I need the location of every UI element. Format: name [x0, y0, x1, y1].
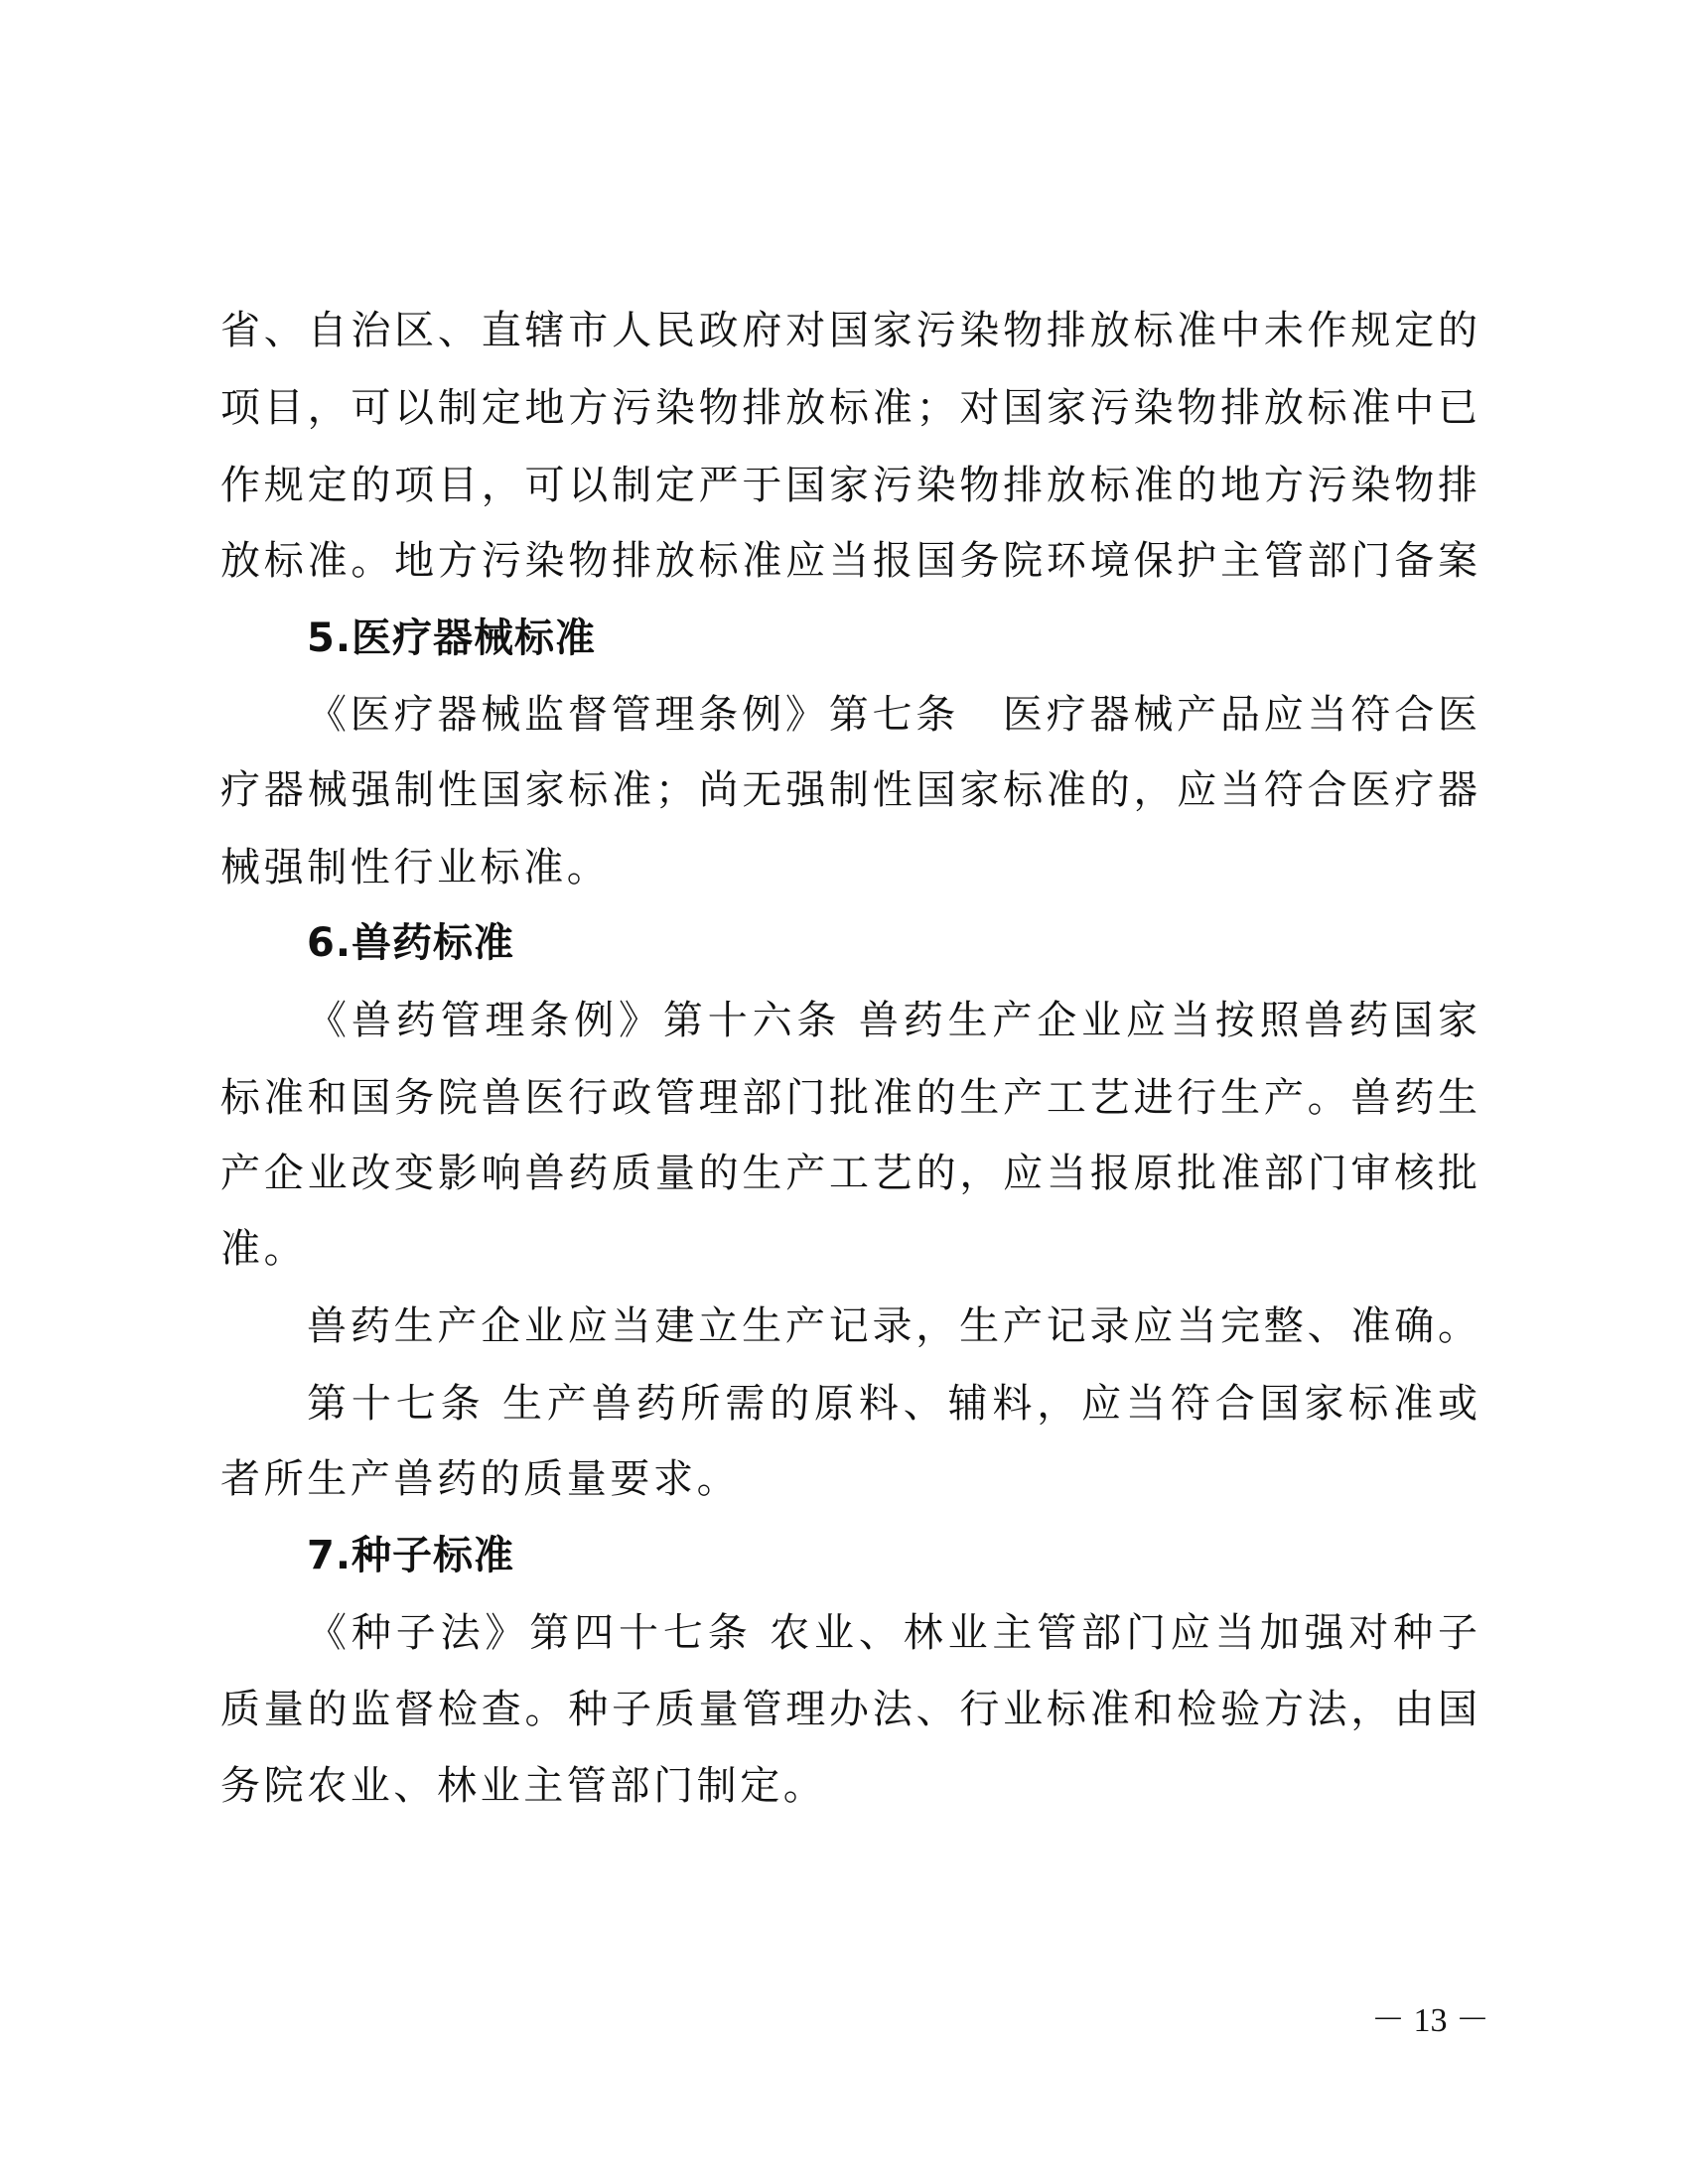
paragraph-line: 械强制性行业标准。 [220, 838, 1477, 897]
paragraph-line: 放标准。地方污染物排放标准应当报国务院环境保护主管部门备案 [220, 531, 1477, 591]
paragraph-line: 《兽药管理条例》第十六条 兽药生产企业应当按照兽药国家 [307, 991, 1477, 1050]
document-page: 省、自治区、直辖市人民政府对国家污染物排放标准中未作规定的 项目，可以制定地方污… [0, 0, 1688, 2184]
paragraph-line: 质量的监督检查。种子质量管理办法、行业标准和检验方法，由国 [220, 1680, 1477, 1739]
paragraph-line: 项目，可以制定地方污染物排放标准；对国家污染物排放标准中已 [220, 378, 1477, 438]
paragraph-line: 作规定的项目，可以制定严于国家污染物排放标准的地方污染物排 [220, 456, 1477, 515]
paragraph-line: 《种子法》第四十七条 农业、林业主管部门应当加强对种子 [307, 1603, 1477, 1663]
section-heading-veterinary-drugs: 6.兽药标准 [307, 913, 1564, 973]
page-number: － 13 － [1360, 1999, 1489, 2043]
paragraph-line: 务院农业、林业主管部门制定。 [220, 1756, 1477, 1816]
paragraph-line: 省、自治区、直辖市人民政府对国家污染物排放标准中未作规定的 [220, 301, 1477, 360]
paragraph-line: 第十七条 生产兽药所需的原料、辅料，应当符合国家标准或 [307, 1374, 1477, 1433]
paragraph-line: 准。 [220, 1219, 1477, 1279]
paragraph-line: 《医疗器械监督管理条例》第七条 医疗器械产品应当符合医 [307, 685, 1477, 745]
paragraph-line: 疗器械强制性国家标准；尚无强制性国家标准的，应当符合医疗器 [220, 760, 1477, 820]
paragraph-line: 产企业改变影响兽药质量的生产工艺的，应当报原批准部门审核批 [220, 1144, 1477, 1203]
paragraph-line: 兽药生产企业应当建立生产记录，生产记录应当完整、准确。 [307, 1297, 1477, 1356]
paragraph-line: 者所生产兽药的质量要求。 [220, 1449, 1477, 1509]
paragraph-line: 标准和国务院兽医行政管理部门批准的生产工艺进行生产。兽药生 [220, 1068, 1477, 1128]
section-heading-medical-devices: 5.医疗器械标准 [307, 609, 1564, 668]
section-heading-seeds: 7.种子标准 [307, 1526, 1564, 1585]
